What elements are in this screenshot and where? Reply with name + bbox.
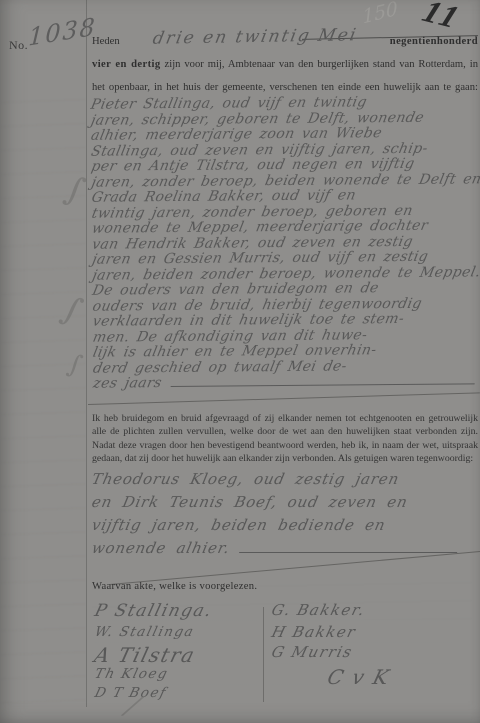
signature-row: C v K [272, 665, 480, 685]
printed-closing-line: Waarvan akte, welke is voorgelezen. [92, 581, 257, 592]
handwritten-marriage-date: drie en twintig Mei [117, 24, 393, 52]
vow-line: Nadat deze vragen door hen bevestigend b… [92, 439, 478, 452]
signature-row: D T Boef [95, 684, 257, 704]
filler-rule [239, 552, 458, 553]
signature-row: Th Kloeg [95, 665, 257, 685]
signature-column-divider [263, 607, 264, 702]
intro-line-2: vier en dertig zijn voor mij, Ambtenaar … [92, 53, 478, 76]
witness-line: Theodorus Kloeg, oud zestig jaren [90, 468, 480, 491]
reverse-side-bleedthrough [0, 90, 86, 710]
vow-line: Ik heb bruidegom en bruid afgevraagd of … [92, 412, 478, 425]
witness-line-text: wonende alhier. [90, 537, 233, 560]
printed-intro: Heden drie en twintig Mei negentienhonde… [92, 28, 478, 99]
handwritten-witnesses-section: Theodorus Kloeg, oud zestig jaren en Dir… [92, 468, 478, 560]
signature-bride: G. Bakker. [270, 601, 368, 619]
signature-mother-groom: A Tilstra [92, 643, 198, 667]
signature-groom: P Stallinga. [93, 601, 215, 621]
body-line-text: zes jaars [92, 376, 163, 392]
printed-vow-paragraph: Ik heb bruidegom en bruid afgevraagd of … [92, 412, 478, 466]
marriage-certificate-scan: No. 1038 150 11 Heden drie en twintig Me… [0, 0, 480, 723]
signature-row: H Bakker [272, 623, 452, 643]
vow-line: alle de plichten zullen vervullen, welke… [92, 425, 478, 438]
witness-line: vijftig jaren, beiden bediende en [90, 514, 480, 537]
signature-mother-bride: G Murris [270, 643, 355, 661]
signature-father-groom: W. Stallinga [93, 624, 196, 640]
printed-year-word-2: vier en dertig [92, 59, 161, 70]
record-number-label: No. [9, 38, 28, 53]
body-line: zes jaars [92, 373, 480, 392]
diagonal-void-line [88, 392, 480, 405]
signature-witness-1: Th Kloeg [93, 666, 170, 682]
ink-flourish: ∫ [56, 288, 87, 332]
ink-flourish: ∫ [64, 349, 85, 381]
handwritten-parties-section: Pieter Stallinga, oud vijf en twintig ja… [91, 94, 480, 392]
witness-line: en Dirk Teunis Boef, oud zeven en [90, 491, 480, 514]
signature-row: G Murris [272, 643, 452, 664]
signature-row: G. Bakker. [272, 601, 452, 621]
intro-line-1: Heden drie en twintig Mei negentienhonde… [92, 28, 478, 53]
signature-father-bride: H Bakker [270, 623, 359, 641]
margin-rule [86, 0, 87, 707]
signature-row: A Tilstra [95, 643, 257, 664]
filler-rule [171, 383, 475, 387]
signature-row: W. Stallinga [95, 623, 257, 643]
vow-line: gedaan, dat zij door het huwelijk aan el… [92, 452, 478, 465]
signature-registrar: C v K [325, 665, 393, 689]
signature-witness-2: D T Boef [93, 685, 168, 701]
signature-row: P Stallinga. [95, 601, 257, 621]
printed-word-heden: Heden [92, 30, 120, 53]
printed-year-word: negentienhonderd [390, 30, 478, 53]
intro-line-2-rest: zijn voor mij, Ambtenaar van den burgerl… [161, 59, 478, 70]
